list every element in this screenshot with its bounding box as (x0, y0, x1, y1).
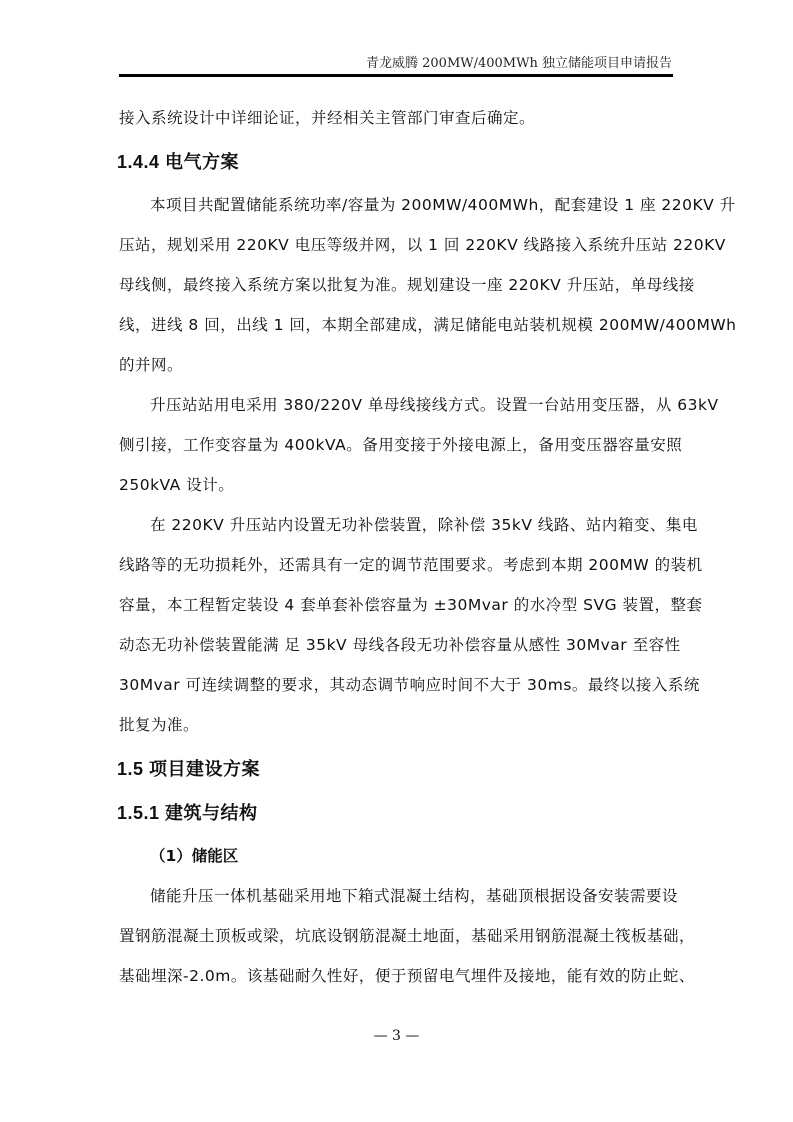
text-line: 母线侧，最终接入系统方案以批复为准。规划建设一座 220KV 升压站，单母线接 (119, 265, 674, 305)
text-line: 压站，规划采用 220KV 电压等级并网，以 1 回 220KV 线路接入系统升… (119, 225, 674, 265)
section-heading-1-5-1: 1.5.1 建筑与结构 (117, 793, 674, 833)
header-divider (119, 74, 673, 77)
text-line: 升压站站用电采用 380/220V 单母线接线方式。设置一台站用变压器，从 63… (119, 385, 674, 425)
section-heading-1-5: 1.5 项目建设方案 (117, 749, 674, 789)
text-line: 在 220KV 升压站内设置无功补偿装置，除补偿 35kV 线路、站内箱变、集电 (119, 505, 674, 545)
text-line: 本项目共配置储能系统功率/容量为 200MW/400MWh，配套建设 1 座 2… (119, 185, 674, 225)
text-line: 动态无功补偿装置能满 足 35kV 母线各段无功补偿容量从感性 30Mvar 至… (119, 625, 674, 665)
page-number: — 3 — (0, 1028, 793, 1044)
text-line: 30Mvar 可连续调整的要求，其动态调节响应时间不大于 30ms。最终以接入系… (119, 665, 674, 705)
paragraph-electrical-3: 在 220KV 升压站内设置无功补偿装置，除补偿 35kV 线路、站内箱变、集电… (119, 505, 674, 745)
text-line: 储能升压一体机基础采用地下箱式混凝土结构，基础顶根据设备安装需要设 (119, 876, 674, 916)
text-line: 线，进线 8 回，出线 1 回，本期全部建成，满足储能电站装机规模 200MW/… (119, 305, 674, 345)
text-line: 250kVA 设计。 (119, 465, 674, 505)
paragraph-structure-1: 储能升压一体机基础采用地下箱式混凝土结构，基础顶根据设备安装需要设 置钢筋混凝土… (119, 876, 674, 996)
paragraph-electrical-2: 升压站站用电采用 380/220V 单母线接线方式。设置一台站用变压器，从 63… (119, 385, 674, 505)
text-line: 基础埋深-2.0m。该基础耐久性好，便于预留电气埋件及接地，能有效的防止蛇、 (119, 956, 674, 996)
intro-paragraph: 接入系统设计中详细论证，并经相关主管部门审查后确定。 (119, 98, 674, 138)
subsection-heading-storage-area: （1）储能区 (150, 836, 674, 876)
section-heading-1-4-4: 1.4.4 电气方案 (117, 142, 674, 182)
paragraph-electrical-1: 本项目共配置储能系统功率/容量为 200MW/400MWh，配套建设 1 座 2… (119, 185, 674, 385)
text-line: 置钢筋混凝土顶板或梁，坑底设钢筋混凝土地面，基础采用钢筋混凝土筏板基础， (119, 916, 674, 956)
document-body: 接入系统设计中详细论证，并经相关主管部门审查后确定。 1.4.4 电气方案 本项… (119, 98, 674, 996)
text-line: 的并网。 (119, 345, 674, 385)
text-line: 线路等的无功损耗外，还需具有一定的调节范围要求。考虑到本期 200MW 的装机 (119, 545, 674, 585)
document-header-title: 青龙威腾 200MW/400MWh 独立储能项目申请报告 (366, 52, 672, 71)
text-line: 容量，本工程暂定装设 4 套单套补偿容量为 ±30Mvar 的水冷型 SVG 装… (119, 585, 674, 625)
text-line: 批复为准。 (119, 705, 674, 745)
text-line: 侧引接，工作变容量为 400kVA。备用变接于外接电源上，备用变压器容量安照 (119, 425, 674, 465)
